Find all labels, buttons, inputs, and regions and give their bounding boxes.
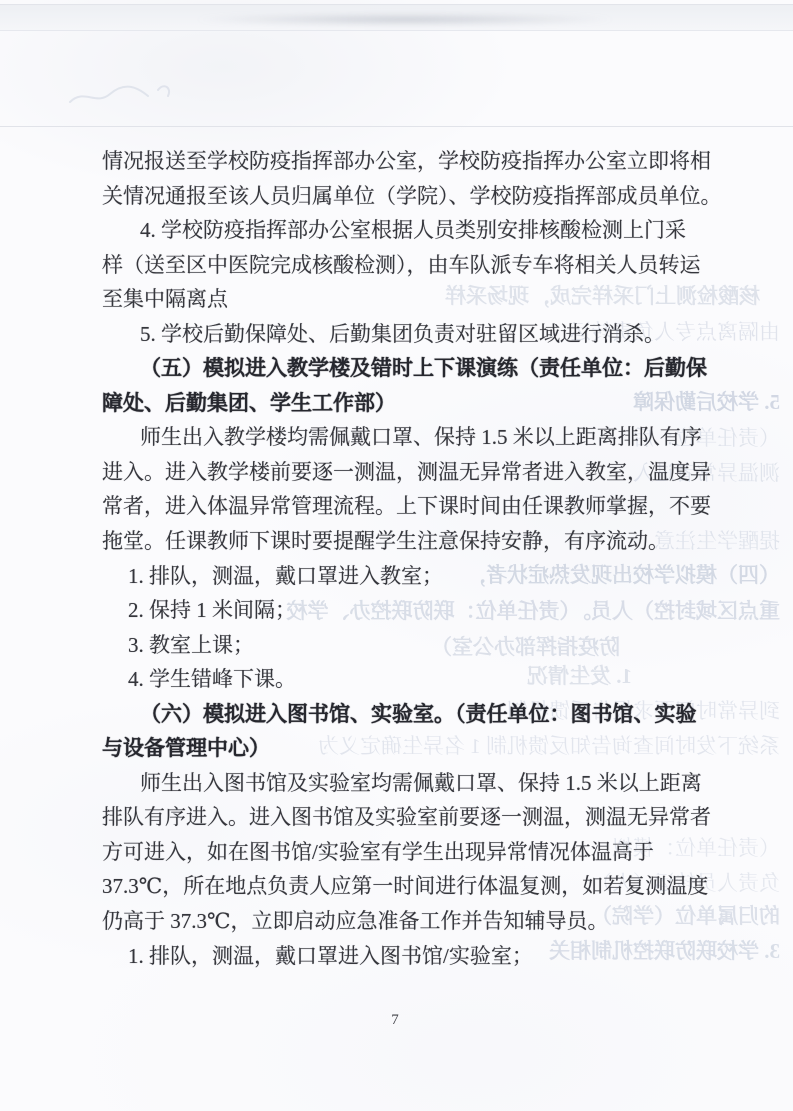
text-line: 方可进入，如在图书馆/实验室有学生出现异常情况体温高于 (102, 835, 718, 870)
text-line: 常者，进入体温异常管理流程。上下课时间由任课教师掌握，不要 (102, 489, 718, 524)
text-line: 4. 学校防疫指挥部办公室根据人员类别安排核酸检测上门采 (102, 213, 718, 248)
text-line: 37.3℃，所在地点负责人应第一时间进行体温复测，如若复测温度 (102, 869, 718, 904)
fold-line (0, 126, 793, 127)
list-item-line: 2. 保持 1 米间隔； (102, 593, 718, 628)
scanned-document-page: { "page": { "number": "7" }, "document":… (0, 0, 793, 1111)
page-number: 7 (0, 1012, 790, 1029)
text-line: 情况报送至学校防疫指挥部办公室，学校防疫指挥办公室立即将相 (102, 144, 718, 179)
text-line: 拖堂。任课教师下课时要提醒学生注意保持安静，有序流动。 (102, 524, 718, 559)
text-line: 仍高于 37.3℃，立即启动应急准备工作并告知辅导员。 (102, 904, 718, 939)
faint-pen-mark (66, 68, 196, 116)
list-item-line: 1. 排队，测温，戴口罩进入教室； (102, 559, 718, 594)
text-line: 关情况通报至该人员归属单位（学院）、学校防疫指挥部成员单位。 (102, 179, 718, 214)
text-line: 师生出入教学楼均需佩戴口罩、保持 1.5 米以上距离排队有序 (102, 420, 718, 455)
list-item-line: 4. 学生错峰下课。 (102, 662, 718, 697)
list-item-line: 1. 排队，测温，戴口罩进入图书馆/实验室； (102, 939, 718, 974)
section-heading-line: 障处、后勤集团、学生工作部） (102, 386, 718, 421)
section-heading-line: （五）模拟进入教学楼及错时上下课演练（责任单位：后勤保 (102, 351, 718, 386)
scanner-edge-band (0, 4, 793, 31)
text-line: 师生出入图书馆及实验室均需佩戴口罩、保持 1.5 米以上距离 (102, 766, 718, 801)
text-line: 5. 学校后勤保障处、后勤集团负责对驻留区域进行消杀。 (102, 317, 718, 352)
document-body: 情况报送至学校防疫指挥部办公室，学校防疫指挥办公室立即将相 关情况通报至该人员归… (102, 144, 718, 973)
text-line: 至集中隔离点 (102, 282, 718, 317)
section-heading-line: 与设备管理中心） (102, 731, 718, 766)
text-line: 进入。进入教学楼前要逐一测温，测温无异常者进入教室，温度异 (102, 455, 718, 490)
section-heading-line: （六）模拟进入图书馆、实验室。（责任单位：图书馆、实验 (102, 697, 718, 732)
scan-smudge (170, 13, 640, 26)
text-line: 样（送至区中医院完成核酸检测），由车队派专车将相关人员转运 (102, 248, 718, 283)
list-item-line: 3. 教室上课； (102, 628, 718, 663)
text-line: 排队有序进入。进入图书馆及实验室前要逐一测温，测温无异常者 (102, 800, 718, 835)
